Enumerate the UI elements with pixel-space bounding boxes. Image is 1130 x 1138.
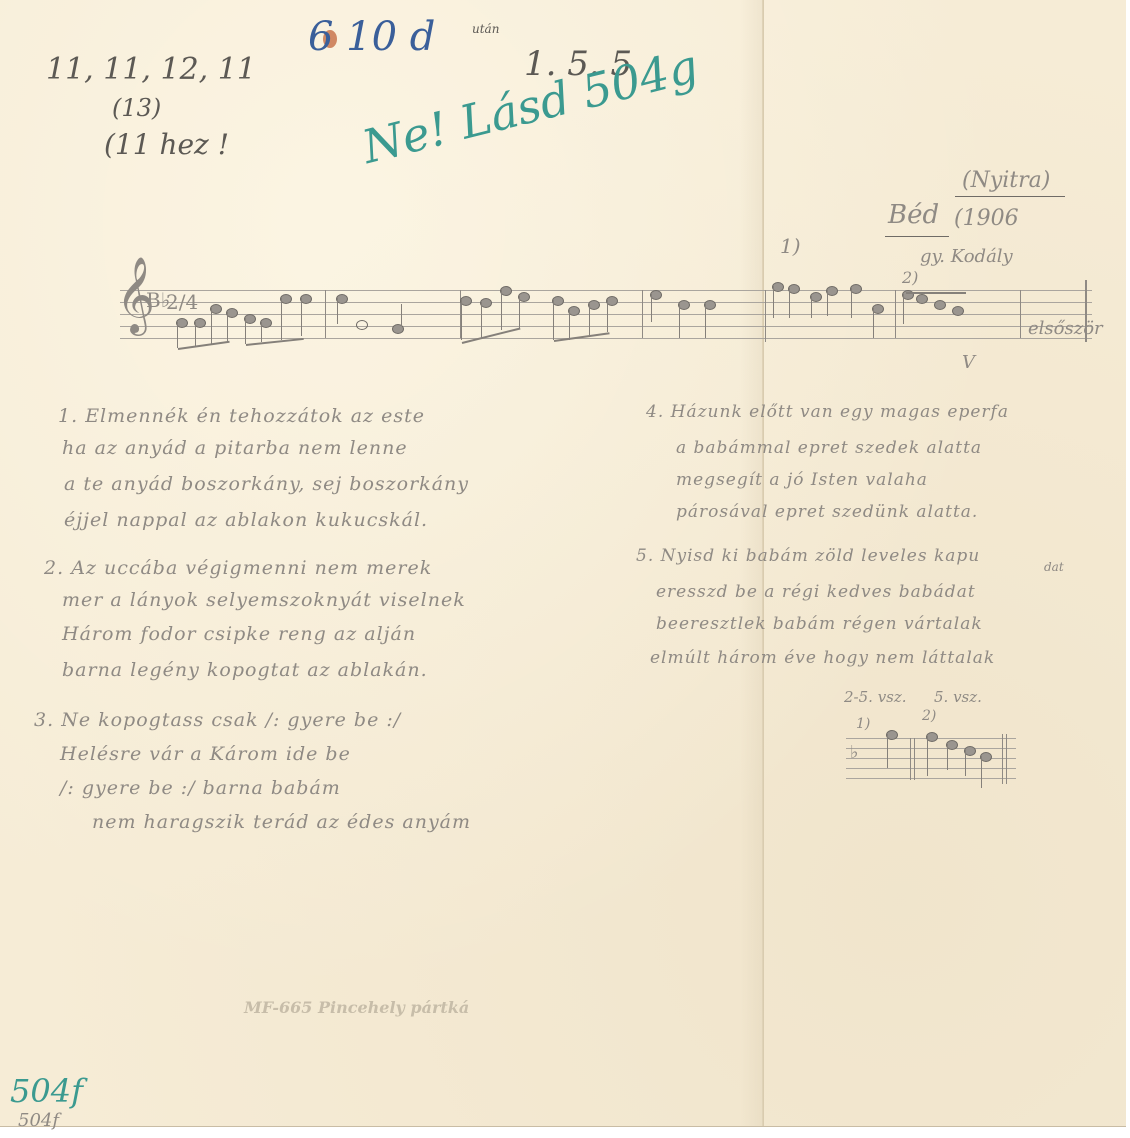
catalog-suffix: után [472, 22, 499, 36]
verse-line: Házunk előtt van egy magas eperfa [671, 402, 1009, 422]
verse-line: beeresztlek babám régen vártalak [656, 608, 983, 640]
provenance-year: (1906 [954, 206, 1019, 231]
verse-line: barna legény kopogtat az ablakán. [62, 654, 428, 686]
verse-number: 4. [646, 402, 664, 422]
melody-end-mark: elsőször [1028, 318, 1103, 339]
provenance-collector: gy. Kodály [920, 246, 1013, 267]
flat-icon: ♭ [850, 742, 859, 763]
verse-line: elmúlt három éve hogy nem láttalak [650, 642, 995, 674]
melody-annotation-1: 1) [780, 234, 801, 258]
variant-label-left: 2-5. vsz. [844, 688, 907, 706]
verse-3: 3. Ne kopogtass csak /: gyere be :/ [34, 704, 401, 736]
syllable-count-alt: (13) [112, 94, 161, 122]
verse-line: Helésre vár a Károm ide be [60, 738, 351, 770]
place-underline [885, 236, 949, 237]
syllable-count: 11, 11, 12, 11 [46, 52, 256, 87]
verse-4: 4. Házunk előtt van egy magas eperfa [646, 396, 1009, 428]
verse-5: 5. Nyisd ki babám zöld leveles kapu [636, 540, 980, 572]
verse-1: 1. Elmennék én tehozzátok az este [58, 400, 425, 432]
verse-number: 2. [44, 557, 64, 579]
provenance-region: (Nyitra) [962, 168, 1050, 193]
verse-number: 5. [636, 546, 654, 566]
verse-line: Ne kopogtass csak /: gyere be :/ [61, 709, 401, 731]
verse-line: ha az anyád a pitarba nem lenne [62, 432, 408, 464]
verse-2: 2. Az uccába végigmenni nem merek [44, 552, 432, 584]
verse-line: a babámmal epret szedek alatta [676, 432, 982, 464]
verse-line: Három fodor csipke reng az alján [62, 618, 416, 650]
verse-line: Az uccába végigmenni nem merek [71, 557, 432, 579]
region-underline [955, 196, 1065, 197]
catalog-mark: 6 10 d [308, 14, 435, 60]
verse-line: nem haragszik terád az édes anyám [92, 806, 471, 838]
variant-mark-2: 2) [922, 708, 936, 724]
variant-staff [846, 738, 1016, 778]
syllable-remark: (11 hez ! [104, 128, 229, 161]
manuscript-page: 11, 11, 12, 11 (13) (11 hez ! 6 10 d utá… [0, 0, 1126, 1127]
verse-line: eresszd be a régi kedves babádat [656, 576, 976, 608]
variant-label-right: 5. vsz. [934, 688, 982, 706]
catalog-number-pencil: 504f [18, 1110, 59, 1131]
verse-number: 3. [34, 709, 54, 731]
catalog-number-teal: 504f [10, 1072, 83, 1110]
verse-line: mer a lányok selyemszoknyát viselnek [62, 584, 466, 616]
archive-stamp: MF-665 Pincehely pártká [244, 998, 469, 1017]
melody-variant-mark: V [962, 352, 975, 373]
verse-line: a te anyád boszorkány, sej boszorkány [64, 468, 469, 500]
variant-mark-1: 1) [856, 716, 870, 732]
verse-line: párosával epret szedünk alatta. [676, 496, 978, 528]
verse-number: 1. [58, 405, 78, 427]
verse-line: Nyisd ki babám zöld leveles kapu [661, 546, 981, 566]
verse-line: éjjel nappal az ablakon kukucskál. [64, 504, 428, 536]
verse-5-correction: dat [1044, 560, 1064, 574]
time-signature: 2/4 [166, 290, 198, 314]
verse-line: Elmennék én tehozzátok az este [85, 405, 425, 427]
provenance-place: Béd [888, 200, 939, 230]
melody-staff [120, 290, 1092, 340]
melody-annotation-2: 2) [902, 268, 918, 287]
verse-line: /: gyere be :/ barna babám [60, 772, 341, 804]
verse-line: megsegít a jó Isten valaha [676, 464, 928, 496]
